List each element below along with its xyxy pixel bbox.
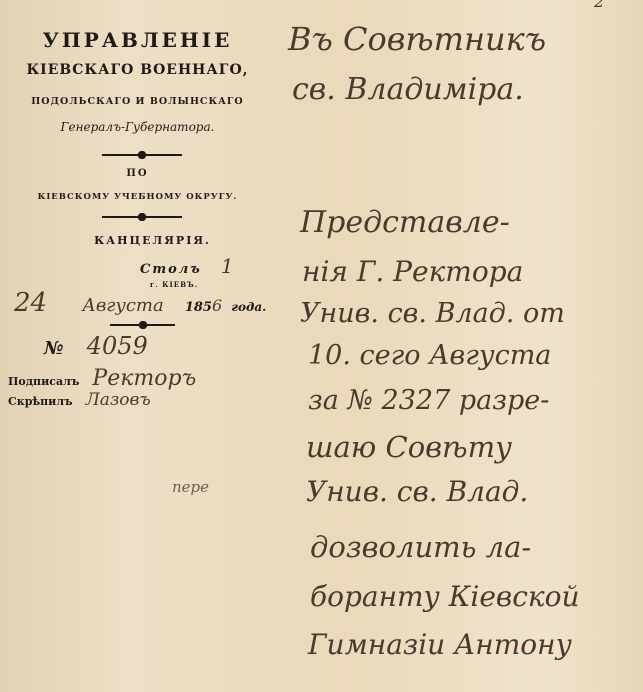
body-line-3: Унив. св. Влад. от <box>300 298 565 329</box>
signed-value: Ректоръ <box>92 366 196 391</box>
body-line-4: 10. сего Августа <box>308 340 551 371</box>
letterhead-line2: ПОДОЛЬСКАГО И ВОЛЫНСКАГО <box>20 96 255 107</box>
date-suffix: года. <box>231 300 266 314</box>
letterhead-title: УПРАВЛЕНІЕ <box>20 28 255 52</box>
body-line-1: Представле- <box>300 205 510 240</box>
countersigned-label: Скрѣпилъ <box>8 395 73 408</box>
table-label: Столъ <box>140 262 202 277</box>
number-sign: № <box>44 338 64 359</box>
date-day: 24 <box>14 288 47 318</box>
date-month: Августа <box>82 295 164 316</box>
number-field: № 4059 <box>44 332 148 360</box>
date-field: 24 Августа 1856 года. <box>14 288 266 318</box>
date-year-hand: 6 <box>212 296 222 315</box>
signed-field: Подписалъ Ректоръ <box>8 366 196 391</box>
body-line-9: боранту Кіевской <box>310 580 580 613</box>
divider-3 <box>110 324 175 326</box>
address-line-1: Въ Совѣтникъ <box>288 20 546 58</box>
body-line-6: шаю Совѣту <box>306 430 512 464</box>
divider-2 <box>102 216 182 218</box>
body-line-5: за № 2327 разре- <box>308 385 549 416</box>
margin-note: пере <box>172 478 209 496</box>
table-field: Столъ 1 <box>140 254 234 278</box>
body-line-2: нія Г. Ректора <box>302 255 523 288</box>
number-value: 4059 <box>87 332 148 360</box>
letterhead-line3: Генералъ-Губернатора. <box>20 120 255 134</box>
body-line-8: дозволить ла- <box>310 530 531 564</box>
top-mark: 2 <box>594 0 604 11</box>
letterhead-chancery: КАНЦЕЛЯРІЯ. <box>20 234 255 247</box>
body-line-10: Гимназіи Антону <box>308 628 572 661</box>
body-line-7: Унив. св. Влад. <box>306 475 528 508</box>
letterhead-po: ПО <box>20 168 255 179</box>
address-line-2: св. Владиміра. <box>292 72 524 107</box>
countersigned-field: Скрѣпилъ Лазовъ <box>8 390 151 410</box>
signed-label: Подписалъ <box>8 375 79 388</box>
letterhead-line1: КІЕВСКАГО ВОЕННАГО, <box>20 62 255 78</box>
divider-1 <box>102 154 182 156</box>
date-year-printed: 185 <box>185 300 212 315</box>
letterhead-district: КІЕВСКОМУ УЧЕБНОМУ ОКРУГУ. <box>20 192 255 202</box>
countersigned-value: Лазовъ <box>86 390 151 410</box>
table-value: 1 <box>221 254 234 278</box>
